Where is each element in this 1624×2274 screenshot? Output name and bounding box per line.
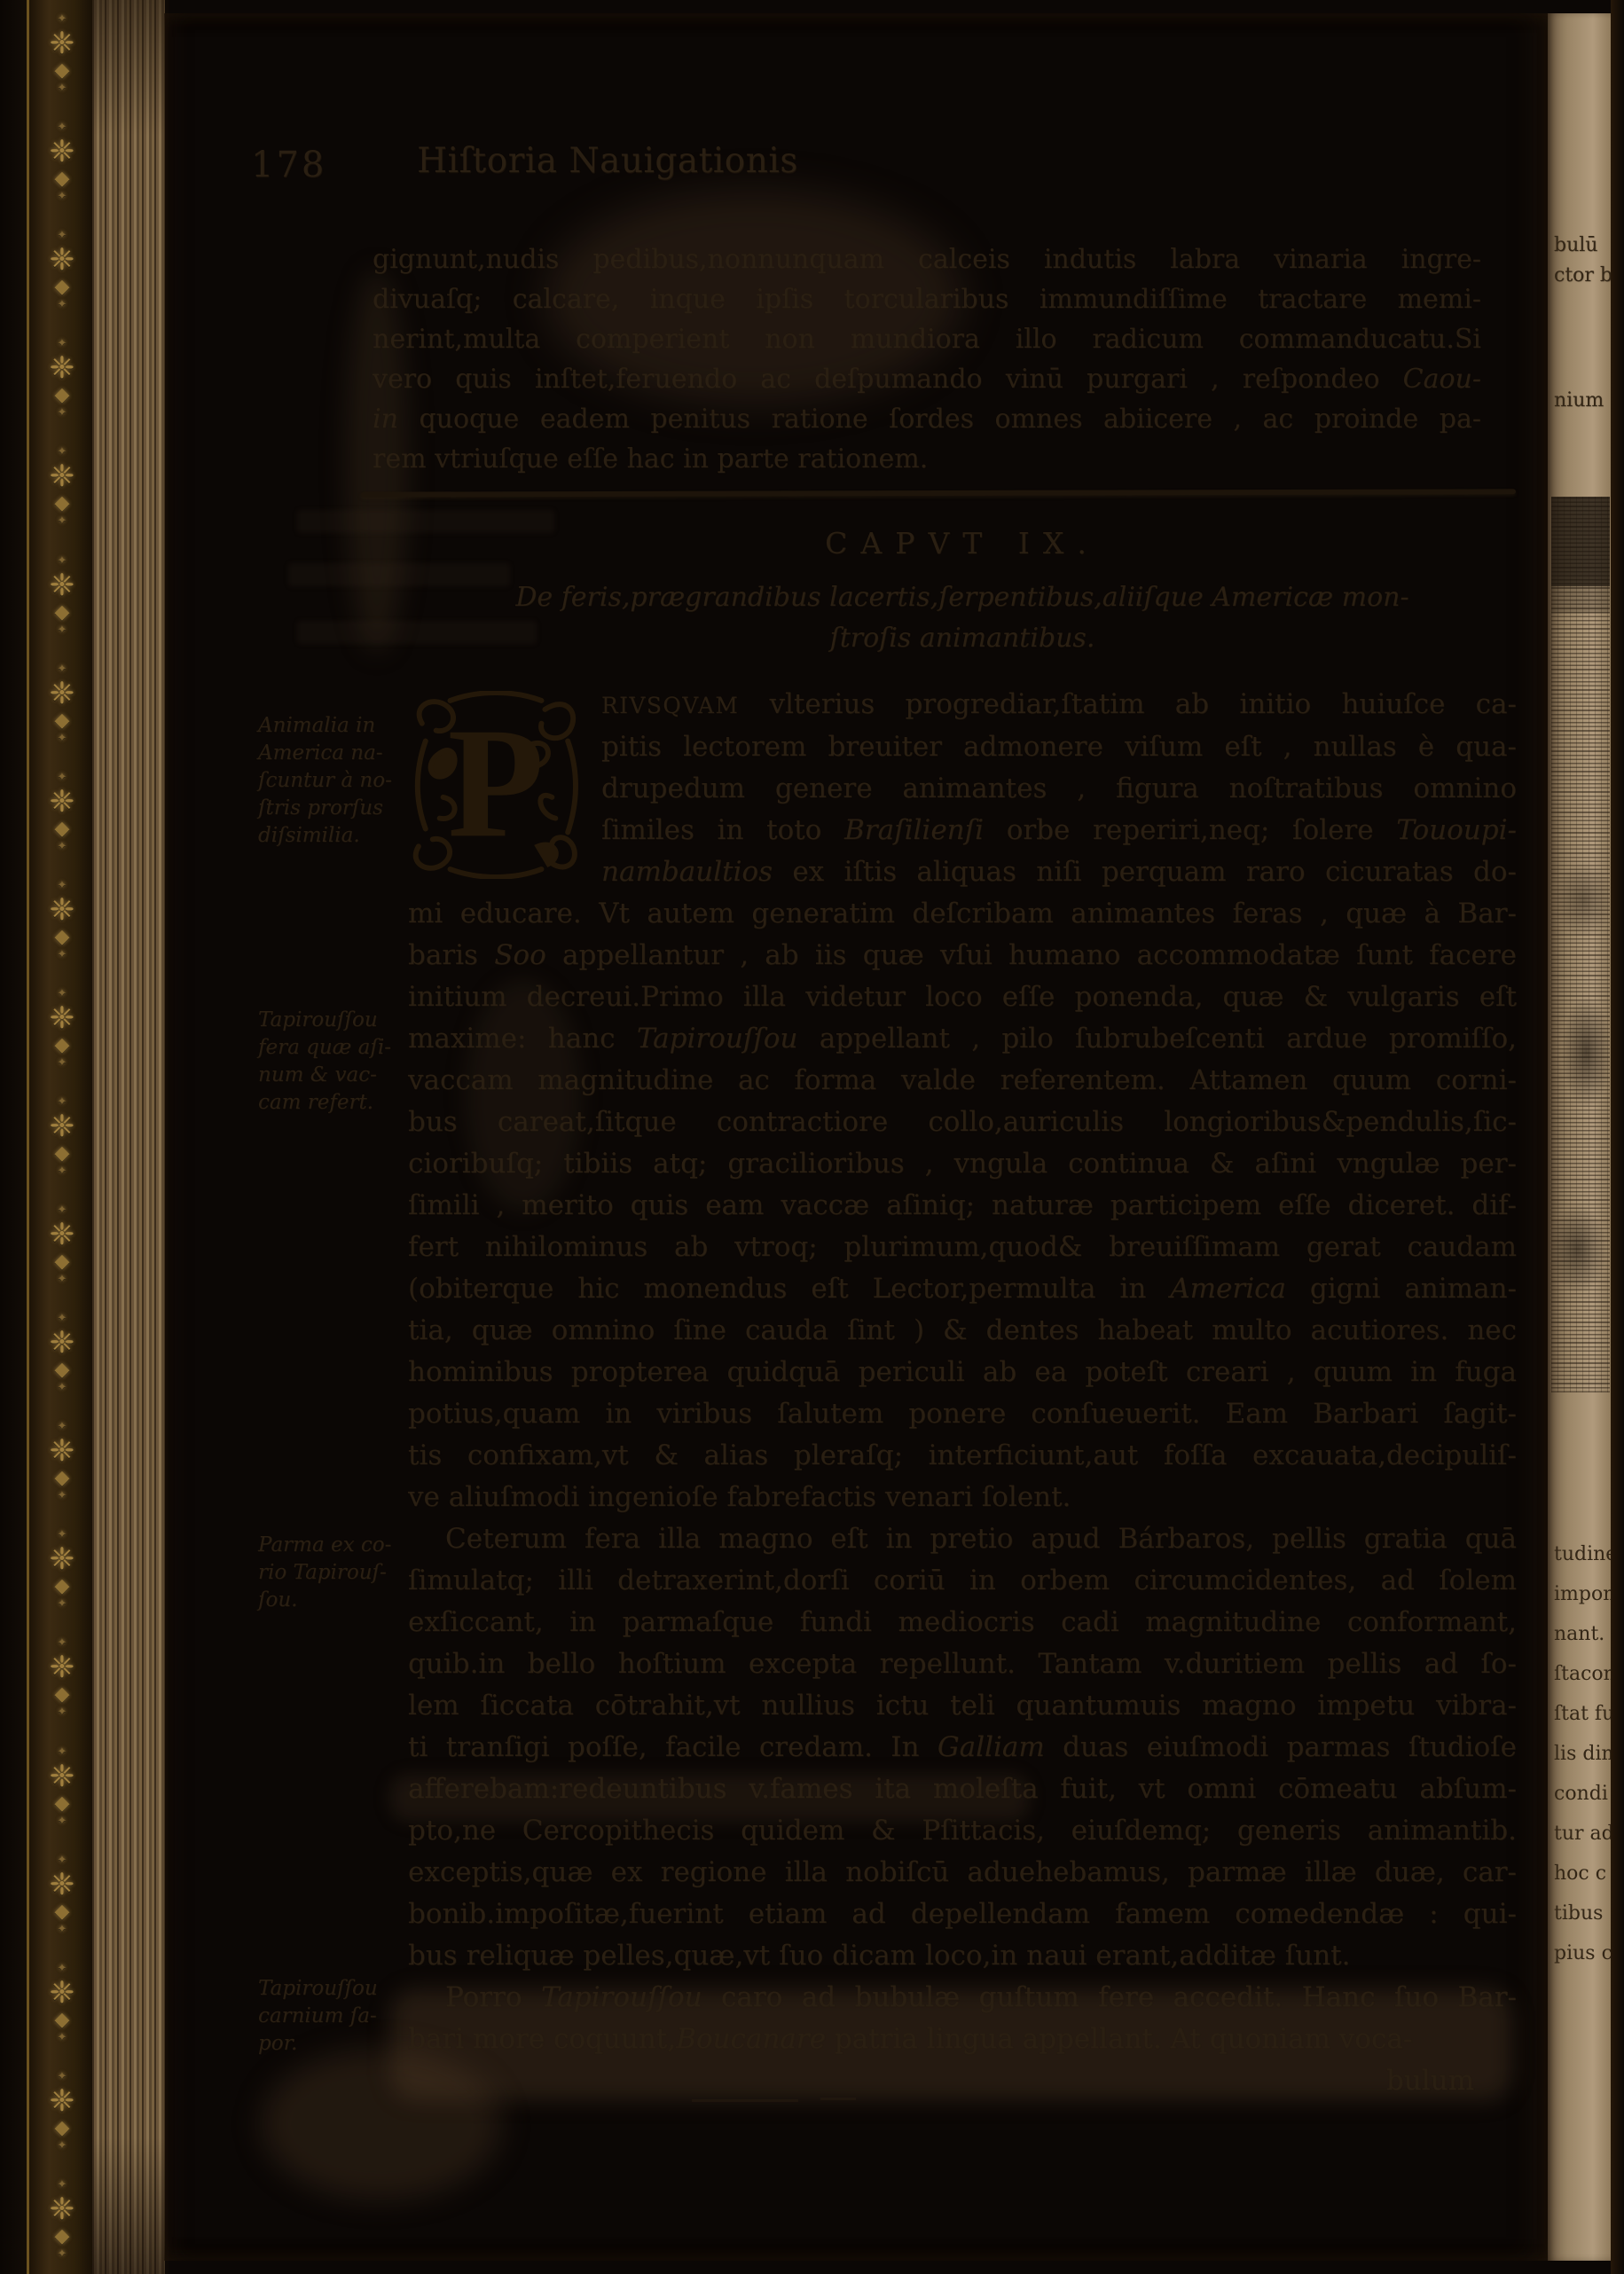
text-line: afferebam:redeuntibus v.fames ita moleſt… xyxy=(408,1768,1517,1810)
text-line: rem vtriuſque eſſe hac in parte rationem… xyxy=(373,439,1481,479)
gilt-ornament: ✦❈◆✦ xyxy=(50,2179,75,2261)
gilt-ornament: ✦❈◆✦ xyxy=(50,13,75,95)
margin-note-line: America na- xyxy=(258,740,409,767)
text-line: fert nihilominus ab vtroq; plurimum,quod… xyxy=(408,1227,1517,1268)
text-line: divuaſq; calcare, inque ipſis torcularib… xyxy=(373,279,1481,319)
text-line: initium decreui.Primo illa videtur loco … xyxy=(408,976,1517,1018)
margin-note-line: Tapirouſſou xyxy=(258,1975,409,2003)
margin-note-line: num & vac- xyxy=(258,1062,409,1089)
text-fragment: ctor b xyxy=(1554,261,1612,291)
gilt-ornament: ✦❈◆✦ xyxy=(50,880,75,961)
text-line: ſimili , merito quis eam vaccæ aſiniq; n… xyxy=(408,1185,1517,1227)
page-number: 178 xyxy=(251,145,326,185)
text-line: in quoque eadem penitus ratione ſordes o… xyxy=(373,399,1481,439)
book-page: 178 Hiſtoria Nauigationis gignunt,nudis … xyxy=(164,13,1548,2261)
pen-mark xyxy=(820,2098,856,2100)
chapter-subtitle: De feris,prægrandibus lacertis,ſerpentib… xyxy=(408,577,1517,659)
margin-note-line: diſsimilia. xyxy=(258,822,409,850)
chapter-heading: CAPVT IX. xyxy=(408,526,1517,561)
gilt-ornament: ✦❈◆✦ xyxy=(50,446,75,528)
drop-cap-ornament: P xyxy=(408,691,584,879)
facing-text-fragments: bulūctor b xyxy=(1554,231,1612,291)
body-lines: RIVSQVAM vlterius progrediar,ſtatim ab i… xyxy=(408,684,1517,2060)
text-line: nerint,multa comperient non mundiora ill… xyxy=(373,319,1481,359)
gilt-ornament: ✦❈◆✦ xyxy=(50,1204,75,1286)
catchword: bulum xyxy=(408,2060,1517,2102)
margin-note-parma: Parma ex co-rio Tapirouſ-ſou. xyxy=(258,1532,409,1614)
gilt-ornament: ✦❈◆✦ xyxy=(50,1529,75,1611)
text-line: bus careat,ſitque contractiore collo,aur… xyxy=(408,1102,1517,1143)
gilt-ornament: ✦❈◆✦ xyxy=(50,1746,75,1828)
gilt-ornament: ✦❈◆✦ xyxy=(50,1637,75,1719)
margin-note-line: fera quæ aſi- xyxy=(258,1034,409,1062)
drop-cap: P xyxy=(408,691,584,879)
gilt-ornament: ✦❈◆✦ xyxy=(50,1854,75,1936)
gilt-ornament: ✦❈◆✦ xyxy=(50,1963,75,2044)
pen-mark xyxy=(692,2099,798,2102)
margin-note-line: Parma ex co- xyxy=(258,1532,409,1559)
gilt-ornament: ✦❈◆✦ xyxy=(50,122,75,203)
gilt-ornament: ✦❈◆✦ xyxy=(50,338,75,420)
facing-text-fragments: nium xyxy=(1554,386,1604,416)
text-line: baris Soo appellantur , ab iis quæ vſui … xyxy=(408,935,1517,976)
text-line: (obiterque hic monendus eſt Lector,permu… xyxy=(408,1268,1517,1310)
text-line: hominibus propterea quidquā periculi ab … xyxy=(408,1352,1517,1393)
gilt-ornament: ✦❈◆✦ xyxy=(50,663,75,745)
text-fragment: nium xyxy=(1554,386,1604,416)
text-line: bus reliquæ pelles,quæ,vt ſuo dicam loco… xyxy=(408,1935,1517,1977)
gilt-ornament-strip: ✦❈◆✦✦❈◆✦✦❈◆✦✦❈◆✦✦❈◆✦✦❈◆✦✦❈◆✦✦❈◆✦✦❈◆✦✦❈◆✦… xyxy=(27,0,98,2274)
gilt-ornament: ✦❈◆✦ xyxy=(50,2071,75,2152)
text-line: cioribuſq; tibiis atq; gracilioribus , v… xyxy=(408,1143,1517,1185)
text-line: mi educare. Vt autem generatim deſcribam… xyxy=(408,893,1517,935)
text-line: pto,ne Cercopithecis quidem & Pſittacis,… xyxy=(408,1810,1517,1852)
text-line: vero quis inſtet,feruendo ac deſpumando … xyxy=(373,359,1481,399)
text-line: exſiccant, in parmaſque fundi mediocris … xyxy=(408,1602,1517,1643)
text-line: bonib.impoſitæ,fuerint etiam ad depellen… xyxy=(408,1894,1517,1935)
margin-note-line: ſcuntur à no- xyxy=(258,767,409,795)
text-line: vaccam magnitudine ac forma valde refere… xyxy=(408,1060,1517,1102)
text-line: bari more coquunt,Boucanare patria lingu… xyxy=(408,2019,1517,2060)
text-line: exceptis,quæ ex regione illa nobiſcū adu… xyxy=(408,1852,1517,1894)
text-line: ti tranſigi poſſe, facile credam. In Gal… xyxy=(408,1727,1517,1768)
text-line: quib.in bello hoſtium excepta repellunt.… xyxy=(408,1643,1517,1685)
margin-note-line: ſtris prorſus xyxy=(258,795,409,822)
margin-note-line: rio Tapirouſ- xyxy=(258,1559,409,1587)
margin-note-line: carnium ſa- xyxy=(258,2003,409,2030)
text-line: tia, quæ omnino ſine cauda ſint ) & dent… xyxy=(408,1310,1517,1352)
margin-note-carnium: Tapirouſſoucarnium ſa-por. xyxy=(258,1975,409,2058)
gilt-ornament: ✦❈◆✦ xyxy=(50,230,75,311)
text-line: potius,quam in viribus ſalutem ponere co… xyxy=(408,1393,1517,1435)
text-line: tis confixam,vt & alias pleraſq; interfi… xyxy=(408,1435,1517,1477)
text-line: Ceterum fera illa magno eſt in pretio ap… xyxy=(408,1518,1517,1560)
subtitle-line: ſtroſis animantibus. xyxy=(408,618,1517,659)
gilt-ornament: ✦❈◆✦ xyxy=(50,1421,75,1502)
subtitle-line: De feris,prægrandibus lacertis,ſerpentib… xyxy=(408,577,1517,618)
gilt-ornament: ✦❈◆✦ xyxy=(50,1313,75,1394)
text-line: maxime: hanc Tapirouſſou appellant , pil… xyxy=(408,1018,1517,1060)
margin-note-line: cam refert. xyxy=(258,1089,409,1117)
margin-note-line: Animalia in xyxy=(258,712,409,740)
book-scan: { "colors": { "ink": "#2a1f12", "paper":… xyxy=(0,0,1624,2274)
margin-note-line: por. xyxy=(258,2030,409,2058)
woodcut-engraving-edge xyxy=(1551,497,1610,1392)
margin-note-line: ſou. xyxy=(258,1587,409,1614)
text-line: lem ſiccata cōtrahit,vt nullius ictu tel… xyxy=(408,1685,1517,1727)
body-text: P RIVSQVAM vlterius progrediar,ſtatim ab… xyxy=(408,684,1517,2102)
gilt-ornament: ✦❈◆✦ xyxy=(50,555,75,637)
book-binding: ✦❈◆✦✦❈◆✦✦❈◆✦✦❈◆✦✦❈◆✦✦❈◆✦✦❈◆✦✦❈◆✦✦❈◆✦✦❈◆✦… xyxy=(0,0,169,2274)
text-line: gignunt,nudis pedibus,nonnunquam calceis… xyxy=(373,239,1481,279)
facing-page-edge: bulūctor b nium tudineimponnant. Iſtacon… xyxy=(1548,13,1612,2261)
margin-note-line: Tapirouſſou xyxy=(258,1007,409,1034)
svg-text:P: P xyxy=(448,694,545,870)
running-head: Hiſtoria Nauigationis xyxy=(341,141,874,181)
gilt-ornament: ✦❈◆✦ xyxy=(50,1096,75,1178)
gilt-ornament: ✦❈◆✦ xyxy=(50,772,75,853)
text-line: ve aliuſmodi ingenioſe fabrefactis venar… xyxy=(408,1477,1517,1518)
text-line: ſimulatq; illi detraxerint,dorſi coriū i… xyxy=(408,1560,1517,1602)
gilt-ornament: ✦❈◆✦ xyxy=(50,988,75,1070)
page-edge-stack xyxy=(92,0,165,2274)
text-fragment: bulū xyxy=(1554,231,1612,261)
scan-right-edge xyxy=(1611,0,1624,2274)
section-rule xyxy=(361,489,1516,497)
text-line: Porro Tapirouſſou caro ad bubulæ guſtum … xyxy=(408,1977,1517,2019)
margin-note-tapiroussou: Tapirouſſoufera quæ aſi-num & vac-cam re… xyxy=(258,1007,409,1117)
margin-note-animalia: Animalia inAmerica na-ſcuntur à no-ſtris… xyxy=(258,712,409,850)
opening-paragraph: gignunt,nudis pedibus,nonnunquam calceis… xyxy=(373,239,1481,479)
